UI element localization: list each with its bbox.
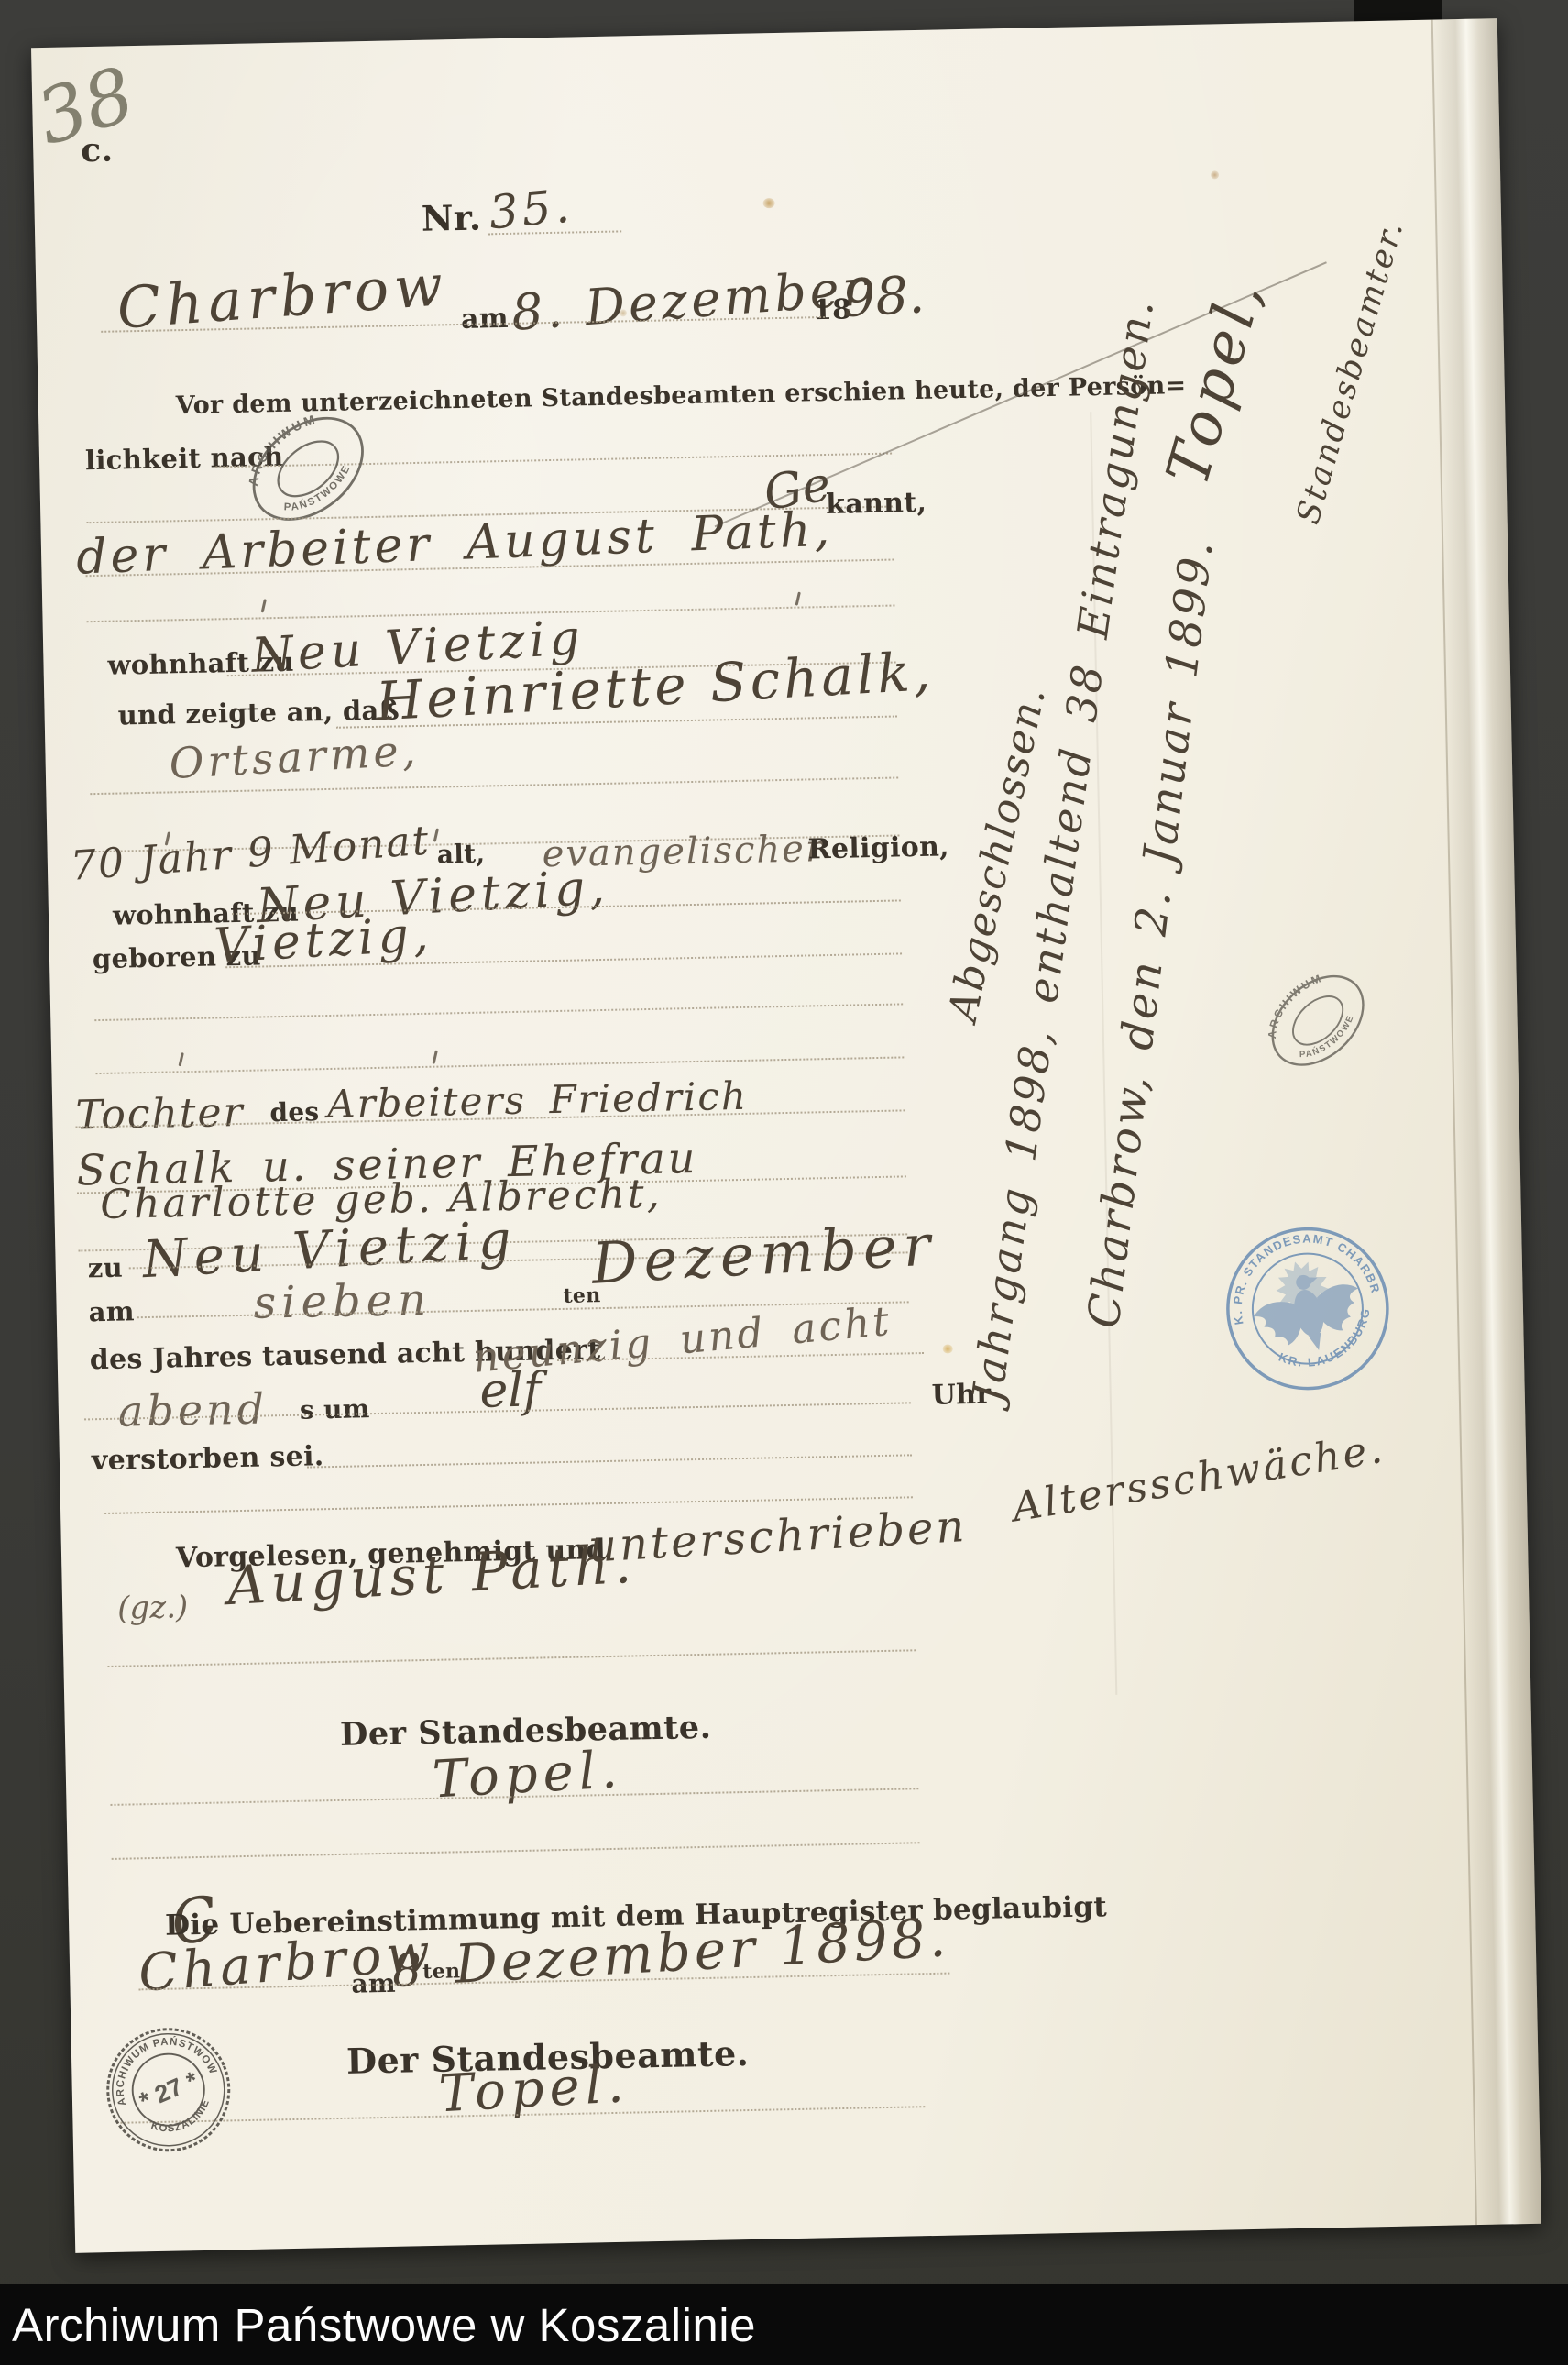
declarant-signature-prefix: (gz.) [117, 1589, 189, 1627]
ink-tick [179, 1052, 184, 1066]
page-letter: c. [81, 131, 114, 170]
year-written: 98. [841, 265, 926, 329]
read-approved-hand: unterschrieben [587, 1501, 969, 1573]
page-edge-fold [1430, 18, 1541, 2225]
certification-day: 8 [392, 1943, 422, 1997]
certificate-page: 38 c. Nr. 35. Charbrow am 8. Dezember 18… [31, 18, 1541, 2253]
dotted-line [94, 1003, 903, 1021]
age-label: alt, [436, 839, 485, 870]
am-label: am [461, 302, 509, 335]
death-day-label: am [88, 1295, 135, 1327]
dotted-line [112, 1842, 920, 1860]
death-day-value: sieben [253, 1274, 433, 1329]
foxing-spot [1211, 170, 1219, 179]
recognition-printed: kannt, [826, 487, 927, 521]
ink-tick [795, 591, 801, 605]
record-number-value: 35. [487, 179, 575, 239]
death-time-label-1: s um [300, 1393, 370, 1425]
record-number-label: Nr. [421, 196, 481, 238]
dotted-line [95, 1056, 904, 1074]
standesamt-seal: K. PR. STANDESAMT CHARBROW KR. LAUENBURG [1201, 1202, 1414, 1415]
death-time-value-1: abend [117, 1383, 268, 1435]
religion-label: Religion, [807, 830, 949, 865]
foxing-spot [943, 1344, 953, 1353]
dotted-line [107, 1649, 916, 1667]
foxing-spot [762, 198, 774, 208]
cause-of-death: Altersschwäche. [1009, 1425, 1388, 1532]
archive-footer-bar: Archiwum Państwowe w Koszalinie [0, 2284, 1568, 2365]
ink-tick [433, 1050, 438, 1064]
closing-label: verstorben sei. [92, 1440, 324, 1477]
stamp-center-number: * 27 * [136, 2066, 203, 2116]
scanned-death-record-page: { "corner": { "pencil_number": "38", "pa… [0, 0, 1568, 2365]
archive-footer-label: Archiwum Państwowe w Koszalinie [0, 2298, 756, 2352]
deceased-status: Ortsarme, [168, 725, 420, 788]
parent-line1-hand1: Tochter [75, 1089, 245, 1139]
ink-tick [261, 599, 267, 612]
death-place-label: zu [87, 1252, 123, 1284]
registrar-signature-1: Topel. [431, 1740, 624, 1809]
death-month-value: Dezember [590, 1211, 938, 1297]
koszalin-archive-stamp: ARCHIWUM PAŃSTWOWE W KOSZALINIE * 27 * [78, 1999, 258, 2180]
dotted-line [307, 1454, 912, 1468]
archive-oval-stamp-small: ARCHIWUM PAŃSTWOWE [1223, 926, 1413, 1115]
closing-signature-title: Standesbeamter. [1279, 177, 1422, 566]
